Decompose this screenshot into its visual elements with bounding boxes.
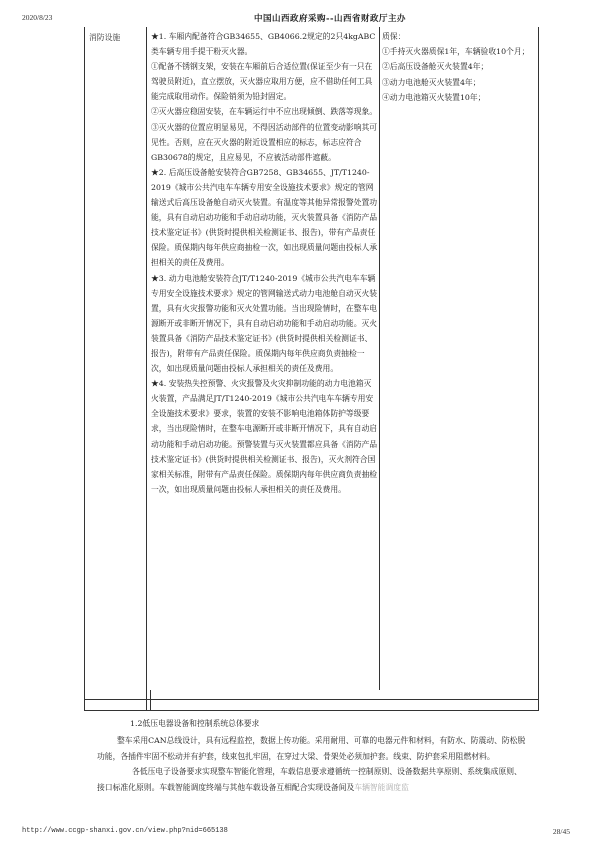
warranty-item: ①手持灭火器质保1年，车辆验收10个月； — [382, 44, 532, 59]
table-border-right — [538, 27, 539, 710]
warranty-cell: 质保： ①手持灭火器质保1年，车辆验收10个月； ②后高压设备舱灭火装置4年； … — [382, 29, 532, 105]
warranty-item: ②后高压设备舱灭火装置4年； — [382, 59, 532, 74]
warranty-item: ④动力电池箱灭火装置10年； — [382, 90, 532, 105]
requirement-item-1: ★1. 车厢内配备符合GB34655、GB4066.2规定的2只4kgABC类车… — [151, 29, 379, 59]
category-cell: 消防设施 — [89, 32, 120, 43]
requirements-cell: ★1. 车厢内配备符合GB34655、GB4066.2规定的2只4kgABC类车… — [151, 29, 379, 497]
paragraph-faded-text: 车辆智能调度监 — [354, 783, 409, 792]
table-divider-category-2 — [150, 690, 151, 710]
requirement-item-3: ★3. 动力电池舱安装符合JT/T1240-2019《城市公共汽电车车辆专用安全… — [151, 271, 379, 377]
requirement-item-1c: ③灭火器的位置应明显易见，不得因活动部件的位置变动影响其可见性。否则，应在灭火器… — [151, 120, 379, 165]
table-border-left — [84, 27, 85, 710]
table-bottom-border — [84, 710, 539, 711]
requirement-item-2: ★2. 后高压设备舱安装符合GB7258、GB34655、JT/T1240-20… — [151, 165, 379, 271]
footer-url-link[interactable]: http://www.ccgp-shanxi.gov.cn/view.php?n… — [22, 827, 228, 835]
requirement-item-4: ★4. 安装热失控预警、火灾报警及火灾抑制功能的动力电池箱灭火装置，产品满足JT… — [151, 376, 379, 497]
section-heading: 1.2低压电器设备和控制系统总体要求 — [130, 718, 259, 729]
warranty-title: 质保： — [382, 29, 532, 44]
paragraph-smart-management: 各低压电子设备要求实现整车智能化管理，车载信息要求遵循统一控制原则、设备数据共享… — [97, 764, 527, 795]
requirement-item-1b: ②灭火器应稳固安装，在车辆运行中不应出现倾倒、跌落等现象。 — [151, 104, 379, 119]
header-site-title: 中国山西政府采购--山西省财政厅主办 — [0, 12, 600, 24]
requirement-item-1a: ①配备不锈钢支架，安装在车厢前后合适位置(保证至少有一只在驾驶员附近)，直立摆放… — [151, 59, 379, 104]
table-divider-category — [146, 27, 147, 710]
footer-page-number: 28/45 — [553, 827, 570, 836]
warranty-item: ③动力电池舱灭火装置4年； — [382, 75, 532, 90]
paragraph-main-text: 各低压电子设备要求实现整车智能化管理，车载信息要求遵循统一控制原则、设备数据共享… — [97, 767, 522, 792]
paragraph-can-bus: 整车采用CAN总线设计，具有远程监控，数据上传功能。采用耐用、可靠的电器元件和材… — [97, 733, 527, 764]
section-body: 整车采用CAN总线设计，具有远程监控，数据上传功能。采用耐用、可靠的电器元件和材… — [97, 733, 527, 795]
table-row-separator — [84, 699, 539, 700]
table-divider-warranty — [379, 27, 380, 690]
